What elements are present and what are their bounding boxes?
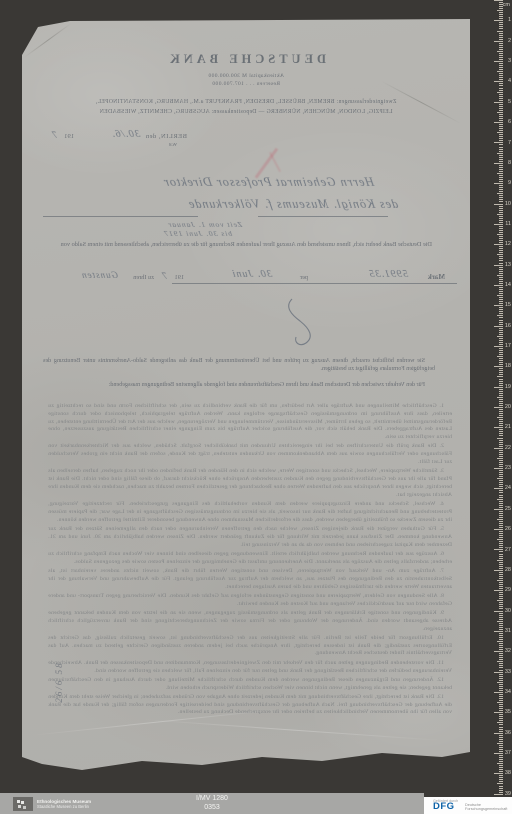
ruler-tick [499, 484, 504, 485]
ruler-tick [499, 594, 504, 595]
ruler-tick [499, 340, 504, 341]
ruler-tick [499, 324, 504, 325]
ruler-tick [499, 179, 504, 180]
ruler-tick [499, 558, 504, 559]
ruler-tick [499, 65, 504, 66]
ruler-tick [499, 368, 504, 369]
ruler-tick [499, 576, 504, 577]
ruler-tick [497, 621, 504, 622]
ruler-tick [499, 613, 504, 614]
ruler-tick [499, 220, 504, 221]
ruler-tick [499, 59, 504, 60]
ruler-tick [499, 635, 504, 636]
ruler-tick [499, 197, 504, 198]
ruler-tick [499, 564, 504, 565]
ruler-tick [499, 545, 504, 546]
ruler-tick [499, 653, 504, 654]
ruler-tick [499, 476, 504, 477]
ruler-number: 6 [508, 119, 511, 125]
ruler-tick [499, 698, 504, 699]
ruler-tick [499, 425, 504, 426]
ruler-tick [499, 755, 504, 756]
ruler-tick [499, 393, 504, 394]
ruler-tick [499, 372, 504, 373]
ruler-tick [499, 578, 504, 579]
ruler-tick [499, 338, 504, 339]
ruler-tick [499, 486, 504, 487]
ruler-tick [497, 519, 504, 520]
ruler-tick [494, 61, 503, 62]
ruler-tick [499, 515, 504, 516]
ruler-tick [499, 584, 504, 585]
ruler-tick [499, 680, 504, 681]
ruler-tick [499, 309, 504, 310]
dfg-logo: DFG [433, 801, 455, 812]
ruler-tick [499, 201, 504, 202]
ruler-tick [499, 55, 504, 56]
ruler-number: 14 [505, 282, 511, 288]
ruler-tick [494, 305, 503, 306]
ruler-tick [497, 356, 504, 357]
ruler-tick [499, 775, 504, 776]
ruler-number: 29 [505, 587, 511, 593]
ruler-tick [499, 120, 504, 121]
ruler-tick [499, 57, 504, 58]
ruler-tick [499, 63, 504, 64]
ruler-tick [499, 303, 504, 304]
ruler-tick [499, 96, 504, 97]
ruler-tick [494, 672, 503, 673]
ruler-tick [499, 138, 504, 139]
ruler-tick [499, 670, 504, 671]
ruler-tick [499, 501, 504, 502]
ruler-tick [499, 405, 504, 406]
ruler-tick [499, 415, 504, 416]
ruler-tick [494, 265, 503, 266]
ruler-tick [499, 47, 504, 48]
ruler-tick [499, 171, 504, 172]
ruler-tick [499, 452, 504, 453]
ruler-tick [499, 39, 504, 40]
ruler-tick [499, 157, 504, 158]
branches-line-2: LEIPZIG, LONDON, MÜNCHEN, NÜRNBERG — Dep… [22, 109, 470, 115]
date-handwriting: 30./6. [110, 129, 141, 140]
ruler-tick [499, 228, 504, 229]
ruler-number: 1 [508, 17, 511, 23]
ruler-tick [499, 566, 504, 567]
ruler-tick [499, 2, 504, 3]
ruler-tick [497, 112, 504, 113]
ruler-tick [499, 444, 504, 445]
ruler-tick [499, 322, 504, 323]
ruler-tick [499, 759, 504, 760]
ruler-number: 3 [508, 58, 511, 64]
ruler-tick [499, 645, 504, 646]
ruler-tick [499, 246, 504, 247]
ruler-tick [497, 173, 504, 174]
ruler-tick [494, 468, 503, 469]
ruler-tick [497, 376, 504, 377]
ruler-tick [499, 543, 504, 544]
ruler-tick [497, 417, 504, 418]
ruler-tick [499, 421, 504, 422]
ruler-tick [494, 142, 503, 143]
ruler-tick [499, 474, 504, 475]
ruler-tick [499, 786, 504, 787]
ruler-tick [499, 411, 504, 412]
reserves-line: Reserven . . . 107.700.000 [22, 81, 470, 87]
ruler-tick [497, 153, 504, 154]
ruler-tick [499, 256, 504, 257]
ruler-tick [494, 549, 503, 550]
ruler-tick [494, 0, 503, 1]
ruler-tick [497, 336, 504, 337]
ruler-number: 12 [505, 241, 511, 247]
ruler-tick [494, 346, 503, 347]
ruler-tick [499, 735, 504, 736]
conditions-paragraph: 4. Wechsel, Schecks und andere Einzugspa… [48, 501, 452, 524]
period-handwriting-1: Zeit vom 1. Januar [167, 220, 243, 229]
ruler-tick [499, 124, 504, 125]
ruler-tick [494, 692, 503, 693]
ruler-tick [499, 297, 504, 298]
ruler-tick [499, 623, 504, 624]
ruler-tick [499, 293, 504, 294]
ruler-tick [499, 161, 504, 162]
ruler-tick [494, 651, 503, 652]
conditions-paragraph: 2. Die Bank prüft die Unterschriften der… [48, 443, 452, 466]
ruler-tick [499, 83, 504, 84]
ruler-tick [497, 315, 504, 316]
ruler-number: 24 [505, 485, 511, 491]
ruler-number: 27 [505, 547, 511, 553]
ruler-tick [494, 366, 503, 367]
ruler-tick [499, 690, 504, 691]
statement-text-2: zu überreichen, abschliessend mit einem … [61, 241, 190, 248]
ruler-tick [499, 191, 504, 192]
ruler-tick [494, 41, 503, 42]
ruler-tick [499, 8, 504, 9]
ruler-tick [499, 684, 504, 685]
ruler-tick [497, 783, 504, 784]
ruler-number: 10 [505, 201, 511, 207]
ruler-tick [494, 611, 503, 612]
year-digit-handwriting-2: 7 [161, 271, 168, 281]
ruler-tick [499, 263, 504, 264]
ruler-tick [499, 403, 504, 404]
pen-flourish-handwriting [278, 297, 322, 351]
ruler-tick [497, 743, 504, 744]
ruler-tick [497, 600, 504, 601]
ruler-number: 25 [505, 506, 511, 512]
ruler-tick [499, 615, 504, 616]
ruler-tick [497, 234, 504, 235]
ruler-tick [499, 169, 504, 170]
ruler-tick [499, 751, 504, 752]
per-label: per [300, 274, 308, 281]
ruler-tick [499, 779, 504, 780]
ruler-tick [499, 187, 504, 188]
ruler-tick [497, 763, 504, 764]
ruler-tick [499, 674, 504, 675]
district-label: W.8 [169, 143, 177, 148]
ruler-tick [497, 702, 504, 703]
ruler-tick [499, 511, 504, 512]
ruler-tick [499, 130, 504, 131]
ruler-tick [499, 362, 504, 363]
ruler-tick [497, 10, 504, 11]
ruler-number: 4 [508, 78, 511, 84]
ruler-tick [499, 586, 504, 587]
ruler-tick [499, 694, 504, 695]
ruler-tick [499, 419, 504, 420]
ruler-number: 11 [505, 221, 511, 227]
ruler-tick [499, 541, 504, 542]
ruler-number: 20 [505, 404, 511, 410]
ruler-tick [499, 395, 504, 396]
ruler-tick [499, 663, 504, 664]
ruler-tick [499, 279, 504, 280]
ruler-tick [499, 399, 504, 400]
ruler-number: 5 [508, 99, 511, 105]
ruler-tick [494, 183, 503, 184]
ruler-tick [499, 273, 504, 274]
ruler-tick [499, 212, 504, 213]
ruler-tick [499, 230, 504, 231]
ruler-tick [499, 252, 504, 253]
ruler-tick [497, 254, 504, 255]
ruler-tick [494, 733, 503, 734]
ruler-tick [499, 271, 504, 272]
ruler-tick [499, 537, 504, 538]
ruler-tick [499, 531, 504, 532]
ruler-tick [499, 525, 504, 526]
year-label-2: 191 [175, 274, 184, 281]
conditions-paragraph: 8. Alle Sendungen von Geldern, Wertpapie… [48, 593, 452, 609]
ruler-tick [499, 547, 504, 548]
ruler-tick [499, 602, 504, 603]
ruler-tick [499, 556, 504, 557]
ruler-tick [499, 177, 504, 178]
statement-text-1: Die Deutsche Bank beehrt sich, Ihnen ums… [191, 241, 432, 248]
ruler-tick [499, 307, 504, 308]
ruler-tick [497, 560, 504, 561]
funder-name: Deutsche Forschungsgemeinschaft [465, 803, 507, 812]
period-handwriting-2: bis 30. Juni 1917 [163, 229, 233, 238]
ruler-number: 22 [505, 445, 511, 451]
ruler-tick [499, 195, 504, 196]
ruler-tick [499, 678, 504, 679]
ruler-tick [494, 773, 503, 774]
ruler-tick [499, 206, 504, 207]
ruler-tick [499, 554, 504, 555]
conditions-paragraph: 6. Auszüge aus der laufenden Rechnung we… [48, 551, 452, 567]
value-date-handwriting: 30. Juni [231, 269, 273, 280]
ruler-number: 8 [508, 160, 511, 166]
ruler-tick [499, 144, 504, 145]
ruler-number: 15 [505, 302, 511, 308]
ruler-tick [499, 75, 504, 76]
ruler-tick [499, 90, 504, 91]
ruler-tick [499, 649, 504, 650]
ruler-tick [499, 238, 504, 239]
ruler-tick [499, 73, 504, 74]
conditions-paragraph: 10. Erfüllungsort für beide Teile ist Be… [48, 635, 452, 658]
ruler-tick [499, 33, 504, 34]
ruler-tick [499, 431, 504, 432]
ruler-tick [499, 364, 504, 365]
ruler-tick [497, 661, 504, 662]
ruler-tick [499, 77, 504, 78]
ruler-tick [499, 128, 504, 129]
ruler-tick [499, 43, 504, 44]
ruler-tick [499, 317, 504, 318]
ruler-tick [499, 596, 504, 597]
ruler-tick [499, 301, 504, 302]
ruler-tick [499, 503, 504, 504]
ruler-tick [499, 181, 504, 182]
ruler-tick [499, 572, 504, 573]
ruler-tick [497, 71, 504, 72]
ruler-tick [499, 26, 504, 27]
ruler-tick [499, 639, 504, 640]
ruler-tick [499, 189, 504, 190]
ruler-number: 9 [508, 180, 511, 186]
ruler-tick [499, 226, 504, 227]
ruler-tick [499, 49, 504, 50]
ruler-tick [499, 222, 504, 223]
ruler-tick [499, 383, 504, 384]
ruler-tick [499, 482, 504, 483]
ruler-tick [499, 165, 504, 166]
ruler-tick [499, 521, 504, 522]
address-underline-left [258, 216, 388, 217]
ruler-tick [499, 462, 504, 463]
ruler-tick [499, 771, 504, 772]
ruler-tick [499, 208, 504, 209]
ruler-tick [499, 617, 504, 618]
ruler-number: 39 [505, 791, 511, 797]
mirrored-bleedthrough-content: DEUTSCHE BANK Aktienkapital M 300.000.00… [22, 19, 470, 772]
cm-ruler: cm 1234567891011121314151617181920212223… [492, 0, 512, 814]
ruler-tick [499, 761, 504, 762]
ruler-number: 21 [505, 424, 511, 430]
ruler-tick [499, 551, 504, 552]
ruler-tick [494, 712, 503, 713]
ruler-tick [499, 582, 504, 583]
ruler-tick [499, 423, 504, 424]
ruler-tick [499, 69, 504, 70]
ruler-tick [499, 94, 504, 95]
branches-line-1: Zweigniederlassungen: BREMEN, BRÜSSEL, D… [22, 99, 470, 105]
ruler-tick [499, 480, 504, 481]
ruler-tick [499, 729, 504, 730]
ruler-number: 38 [505, 770, 511, 776]
ruler-tick [499, 446, 504, 447]
ruler-tick [499, 700, 504, 701]
ruler-number: 26 [505, 526, 511, 532]
ruler-tick [499, 385, 504, 386]
ruler-tick [499, 116, 504, 117]
ruler-tick [499, 497, 504, 498]
ruler-tick [497, 397, 504, 398]
ruler-tick [497, 193, 504, 194]
conditions-paragraph: 13. Die Bank ist berechtigt, ihre Geschä… [48, 694, 452, 717]
ruler-tick [499, 236, 504, 237]
ruler-tick [499, 737, 504, 738]
ruler-tick [499, 739, 504, 740]
ruler-tick [499, 769, 504, 770]
conditions-block: 1. Geschäftliche Mitteilungen und Aufträ… [48, 403, 452, 761]
ruler-tick [499, 606, 504, 607]
ruler-number: 28 [505, 567, 511, 573]
ruler-tick [499, 79, 504, 80]
ruler-unit-label: cm [503, 2, 510, 8]
year-prefix: 191 [64, 133, 74, 140]
ruler-tick [499, 155, 504, 156]
ruler-tick [499, 126, 504, 127]
zu-ihren-label: zu Ihren [133, 274, 154, 281]
ruler-tick [499, 283, 504, 284]
ruler-tick [494, 81, 503, 82]
ruler-tick [499, 320, 504, 321]
ruler-tick [499, 114, 504, 115]
ruler-tick [499, 342, 504, 343]
ruler-tick [499, 533, 504, 534]
ruler-tick [499, 18, 504, 19]
ruler-tick [499, 608, 504, 609]
ruler-tick [497, 51, 504, 52]
address-handwriting-1: Herrn Geheimrat Professor Direktor [162, 175, 375, 190]
conditions-intro: Für den Verkehr zwischen der Deutschen B… [43, 382, 435, 390]
ruler-tick [499, 409, 504, 410]
ruler-tick [499, 352, 504, 353]
ruler-tick [499, 334, 504, 335]
ruler-tick [499, 708, 504, 709]
ruler-tick [497, 641, 504, 642]
ruler-tick [499, 389, 504, 390]
ruler-tick [499, 466, 504, 467]
ruler-tick [499, 731, 504, 732]
ruler-tick [499, 588, 504, 589]
conditions-paragraph: 3. Sämtliche Wertpapiere, Wechsel, Schec… [48, 468, 452, 499]
ruler-tick [499, 136, 504, 137]
footer-bar: Ethnologisches Museum Staatliche Museen … [0, 793, 424, 814]
review-paragraph: Sie werden höflichst ersucht, diesen Aus… [43, 358, 435, 374]
ruler-tick [499, 289, 504, 290]
ruler-tick [499, 460, 504, 461]
ruler-tick [499, 435, 504, 436]
ruler-tick [499, 381, 504, 382]
ruler-tick [499, 720, 504, 721]
ruler-number: 7 [508, 140, 511, 146]
ruler-tick [499, 16, 504, 17]
ruler-tick [497, 132, 504, 133]
ruler-tick [499, 568, 504, 569]
ruler-tick [494, 102, 503, 103]
ruler-tick [499, 633, 504, 634]
ruler-tick [494, 529, 503, 530]
ruler-tick [497, 438, 504, 439]
ruler-tick [499, 706, 504, 707]
ruler-tick [499, 108, 504, 109]
ruler-tick [499, 53, 504, 54]
statement-paragraph: Die Deutsche Bank beehrt sich, Ihnen ums… [42, 241, 432, 250]
ruler-tick [497, 539, 504, 540]
ruler-tick [494, 326, 503, 327]
ruler-tick [499, 267, 504, 268]
ruler-tick [499, 159, 504, 160]
